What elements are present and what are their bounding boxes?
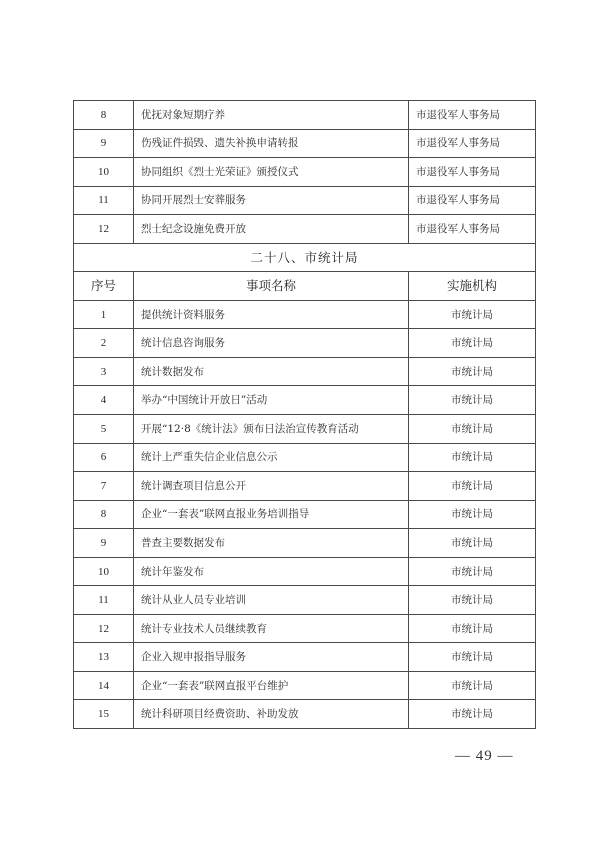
item-name: 开展“12·8《统计法》颁布日法治宣传教育活动 [134,415,409,444]
item-name: 统计数据发布 [134,357,409,386]
table-row: 1 提供统计资料服务 市统计局 [74,300,536,329]
implementing-agency: 市退役军人事务局 [409,129,536,158]
table-row: 9 伤残证件损毁、遗失补换申请转报 市退役军人事务局 [74,129,536,158]
row-number: 1 [74,300,134,329]
row-number: 9 [74,129,134,158]
item-name: 协同组织《烈士光荣证》颁授仪式 [134,158,409,187]
implementing-agency: 市统计局 [409,586,536,615]
table-row: 8 优抚对象短期疗养 市退役军人事务局 [74,101,536,130]
implementing-agency: 市统计局 [409,472,536,501]
row-number: 12 [74,215,134,244]
implementing-agency: 市统计局 [409,443,536,472]
table-row: 12 统计专业技术人员继续教育 市统计局 [74,614,536,643]
row-number: 12 [74,614,134,643]
table-row: 15 统计科研项目经费资助、补助发放 市统计局 [74,700,536,729]
table-row: 10 统计年鉴发布 市统计局 [74,557,536,586]
header-agency: 实施机构 [409,272,536,301]
row-number: 13 [74,643,134,672]
row-number: 14 [74,671,134,700]
item-name: 伤残证件损毁、遗失补换申请转报 [134,129,409,158]
item-name: 统计上严重失信企业信息公示 [134,443,409,472]
item-name: 统计科研项目经费资助、补助发放 [134,700,409,729]
implementing-agency: 市退役军人事务局 [409,186,536,215]
row-number: 8 [74,101,134,130]
row-number: 5 [74,415,134,444]
implementing-agency: 市统计局 [409,386,536,415]
table-row: 5 开展“12·8《统计法》颁布日法治宣传教育活动 市统计局 [74,415,536,444]
item-name: 优抚对象短期疗养 [134,101,409,130]
implementing-agency: 市统计局 [409,557,536,586]
table-row: 11 统计从业人员专业培训 市统计局 [74,586,536,615]
table-row: 11 协同开展烈士安葬服务 市退役军人事务局 [74,186,536,215]
table-row: 2 统计信息咨询服务 市统计局 [74,329,536,358]
item-name: 普查主要数据发布 [134,529,409,558]
implementing-agency: 市统计局 [409,700,536,729]
item-name: 统计信息咨询服务 [134,329,409,358]
row-number: 15 [74,700,134,729]
header-item-name: 事项名称 [134,272,409,301]
implementing-agency: 市统计局 [409,529,536,558]
item-name: 举办“中国统计开放日”活动 [134,386,409,415]
row-number: 10 [74,557,134,586]
row-number: 11 [74,586,134,615]
row-number: 7 [74,472,134,501]
implementing-agency: 市退役军人事务局 [409,215,536,244]
implementing-agency: 市退役军人事务局 [409,101,536,130]
item-name: 统计调查项目信息公开 [134,472,409,501]
table-row: 13 企业入规申报指导服务 市统计局 [74,643,536,672]
item-name: 企业“一套表”联网直报平台维护 [134,671,409,700]
row-number: 8 [74,500,134,529]
item-name: 提供统计资料服务 [134,300,409,329]
item-name: 协同开展烈士安葬服务 [134,186,409,215]
implementing-agency: 市统计局 [409,671,536,700]
page-number: — 49 — [455,748,514,765]
row-number: 6 [74,443,134,472]
header-number: 序号 [74,272,134,301]
implementing-agency: 市统计局 [409,357,536,386]
table-row: 7 统计调查项目信息公开 市统计局 [74,472,536,501]
item-name: 统计年鉴发布 [134,557,409,586]
row-number: 11 [74,186,134,215]
row-number: 2 [74,329,134,358]
table-row: 12 烈士纪念设施免费开放 市退役军人事务局 [74,215,536,244]
table-row: 4 举办“中国统计开放日”活动 市统计局 [74,386,536,415]
row-number: 10 [74,158,134,187]
implementing-agency: 市统计局 [409,300,536,329]
table-row: 8 企业“一套表”联网直报业务培训指导 市统计局 [74,500,536,529]
table-row: 14 企业“一套表”联网直报平台维护 市统计局 [74,671,536,700]
item-name: 企业“一套表”联网直报业务培训指导 [134,500,409,529]
implementing-agency: 市统计局 [409,614,536,643]
implementing-agency: 市统计局 [409,415,536,444]
item-name: 统计专业技术人员继续教育 [134,614,409,643]
table-row: 6 统计上严重失信企业信息公示 市统计局 [74,443,536,472]
table-row: 3 统计数据发布 市统计局 [74,357,536,386]
row-number: 3 [74,357,134,386]
row-number: 4 [74,386,134,415]
section-title-row: 二十八、市统计局 [74,243,536,272]
implementing-agency: 市退役军人事务局 [409,158,536,187]
implementing-agency: 市统计局 [409,329,536,358]
item-name: 企业入规申报指导服务 [134,643,409,672]
section-title: 二十八、市统计局 [74,243,536,272]
row-number: 9 [74,529,134,558]
table-header-row: 序号 事项名称 实施机构 [74,272,536,301]
item-name: 统计从业人员专业培训 [134,586,409,615]
table-row: 9 普查主要数据发布 市统计局 [74,529,536,558]
implementing-agency: 市统计局 [409,500,536,529]
item-name: 烈士纪念设施免费开放 [134,215,409,244]
table-row: 10 协同组织《烈士光荣证》颁授仪式 市退役军人事务局 [74,158,536,187]
implementing-agency: 市统计局 [409,643,536,672]
service-items-table: 8 优抚对象短期疗养 市退役军人事务局 9 伤残证件损毁、遗失补换申请转报 市退… [73,100,536,729]
